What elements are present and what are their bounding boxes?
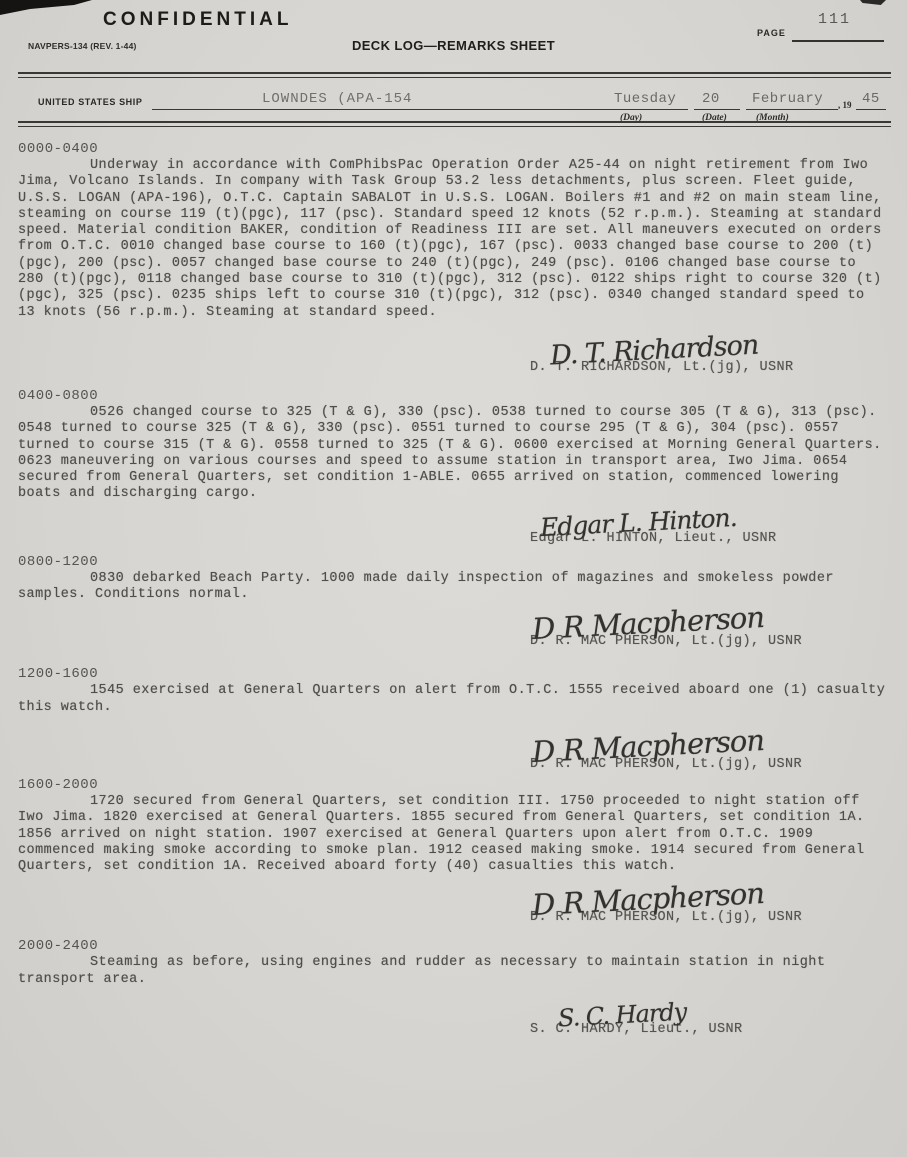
watch-time-range: 0800-1200 bbox=[18, 554, 887, 570]
year-underline bbox=[856, 109, 886, 110]
page-number: 111 bbox=[818, 11, 851, 28]
ship-name-underline bbox=[152, 109, 610, 110]
page-number-underline bbox=[792, 40, 884, 42]
signature-block: D R Macpherson D. R. MAC PHERSON, Lt.(jg… bbox=[530, 729, 887, 772]
signature-block: D R Macpherson D. R. MAC PHERSON, Lt.(jg… bbox=[530, 606, 887, 649]
form-number: NAVPERS-134 (REV. 1-44) bbox=[28, 41, 137, 51]
deck-log-page: CONFIDENTIAL PAGE 111 NAVPERS-134 (REV. … bbox=[0, 0, 907, 1157]
date-year-value: 45 bbox=[862, 91, 880, 107]
watch-remarks: 0830 debarked Beach Party. 1000 made dai… bbox=[18, 571, 887, 604]
watch-time-range: 1200-1600 bbox=[18, 666, 887, 682]
watch-remarks: 1545 exercised at General Quarters on al… bbox=[18, 683, 887, 716]
signature-block: D. T. Richardson D. T. RICHARDSON, Lt.(j… bbox=[530, 335, 887, 375]
page-label: PAGE bbox=[757, 28, 786, 38]
date-day-value: Tuesday bbox=[614, 91, 676, 107]
log-entry-2000-2400: 2000-2400 Steaming as before, using engi… bbox=[18, 938, 887, 1037]
form-header: CONFIDENTIAL PAGE 111 NAVPERS-134 (REV. … bbox=[0, 0, 907, 140]
watch-remarks: 0526 changed course to 325 (T & G), 330 … bbox=[18, 405, 887, 503]
ship-name: LOWNDES (APA-154 bbox=[262, 91, 412, 107]
watch-remarks: Underway in accordance with ComPhibsPac … bbox=[18, 158, 887, 321]
ship-label: UNITED STATES SHIP bbox=[38, 97, 142, 107]
date-date-value: 20 bbox=[702, 91, 720, 107]
header-rule-top bbox=[18, 72, 891, 78]
watch-time-range: 2000-2400 bbox=[18, 938, 887, 954]
date-underline bbox=[694, 109, 740, 110]
signature-block: Edgar L. Hinton. Edgar L. HINTON, Lieut.… bbox=[530, 508, 887, 546]
log-remarks-body: 0000-0400 Underway in accordance with Co… bbox=[0, 127, 907, 1037]
signature-block: D R Macpherson D. R. MAC PHERSON, Lt.(jg… bbox=[530, 882, 887, 925]
log-entry-0800-1200: 0800-1200 0830 debarked Beach Party. 100… bbox=[18, 554, 887, 650]
classification-stamp: CONFIDENTIAL bbox=[103, 9, 292, 31]
log-entry-0400-0800: 0400-0800 0526 changed course to 325 (T … bbox=[18, 388, 887, 546]
watch-time-range: 0400-0800 bbox=[18, 388, 887, 404]
signature-block: S. C. Hardy S. C. HARDY, Lieut., USNR bbox=[530, 1001, 887, 1037]
log-entry-0000-0400: 0000-0400 Underway in accordance with Co… bbox=[18, 141, 887, 375]
watch-remarks: Steaming as before, using engines and ru… bbox=[18, 955, 887, 988]
day-underline bbox=[604, 109, 688, 110]
date-month-value: February bbox=[752, 91, 823, 107]
year-prefix: , 19 bbox=[838, 100, 852, 110]
watch-remarks: 1720 secured from General Quarters, set … bbox=[18, 794, 887, 875]
document-title: DECK LOG—REMARKS SHEET bbox=[352, 38, 555, 53]
month-underline bbox=[746, 109, 838, 110]
log-entry-1600-2000: 1600-2000 1720 secured from General Quar… bbox=[18, 777, 887, 925]
watch-time-range: 1600-2000 bbox=[18, 777, 887, 793]
log-entry-1200-1600: 1200-1600 1545 exercised at General Quar… bbox=[18, 666, 887, 772]
watch-time-range: 0000-0400 bbox=[18, 141, 887, 157]
